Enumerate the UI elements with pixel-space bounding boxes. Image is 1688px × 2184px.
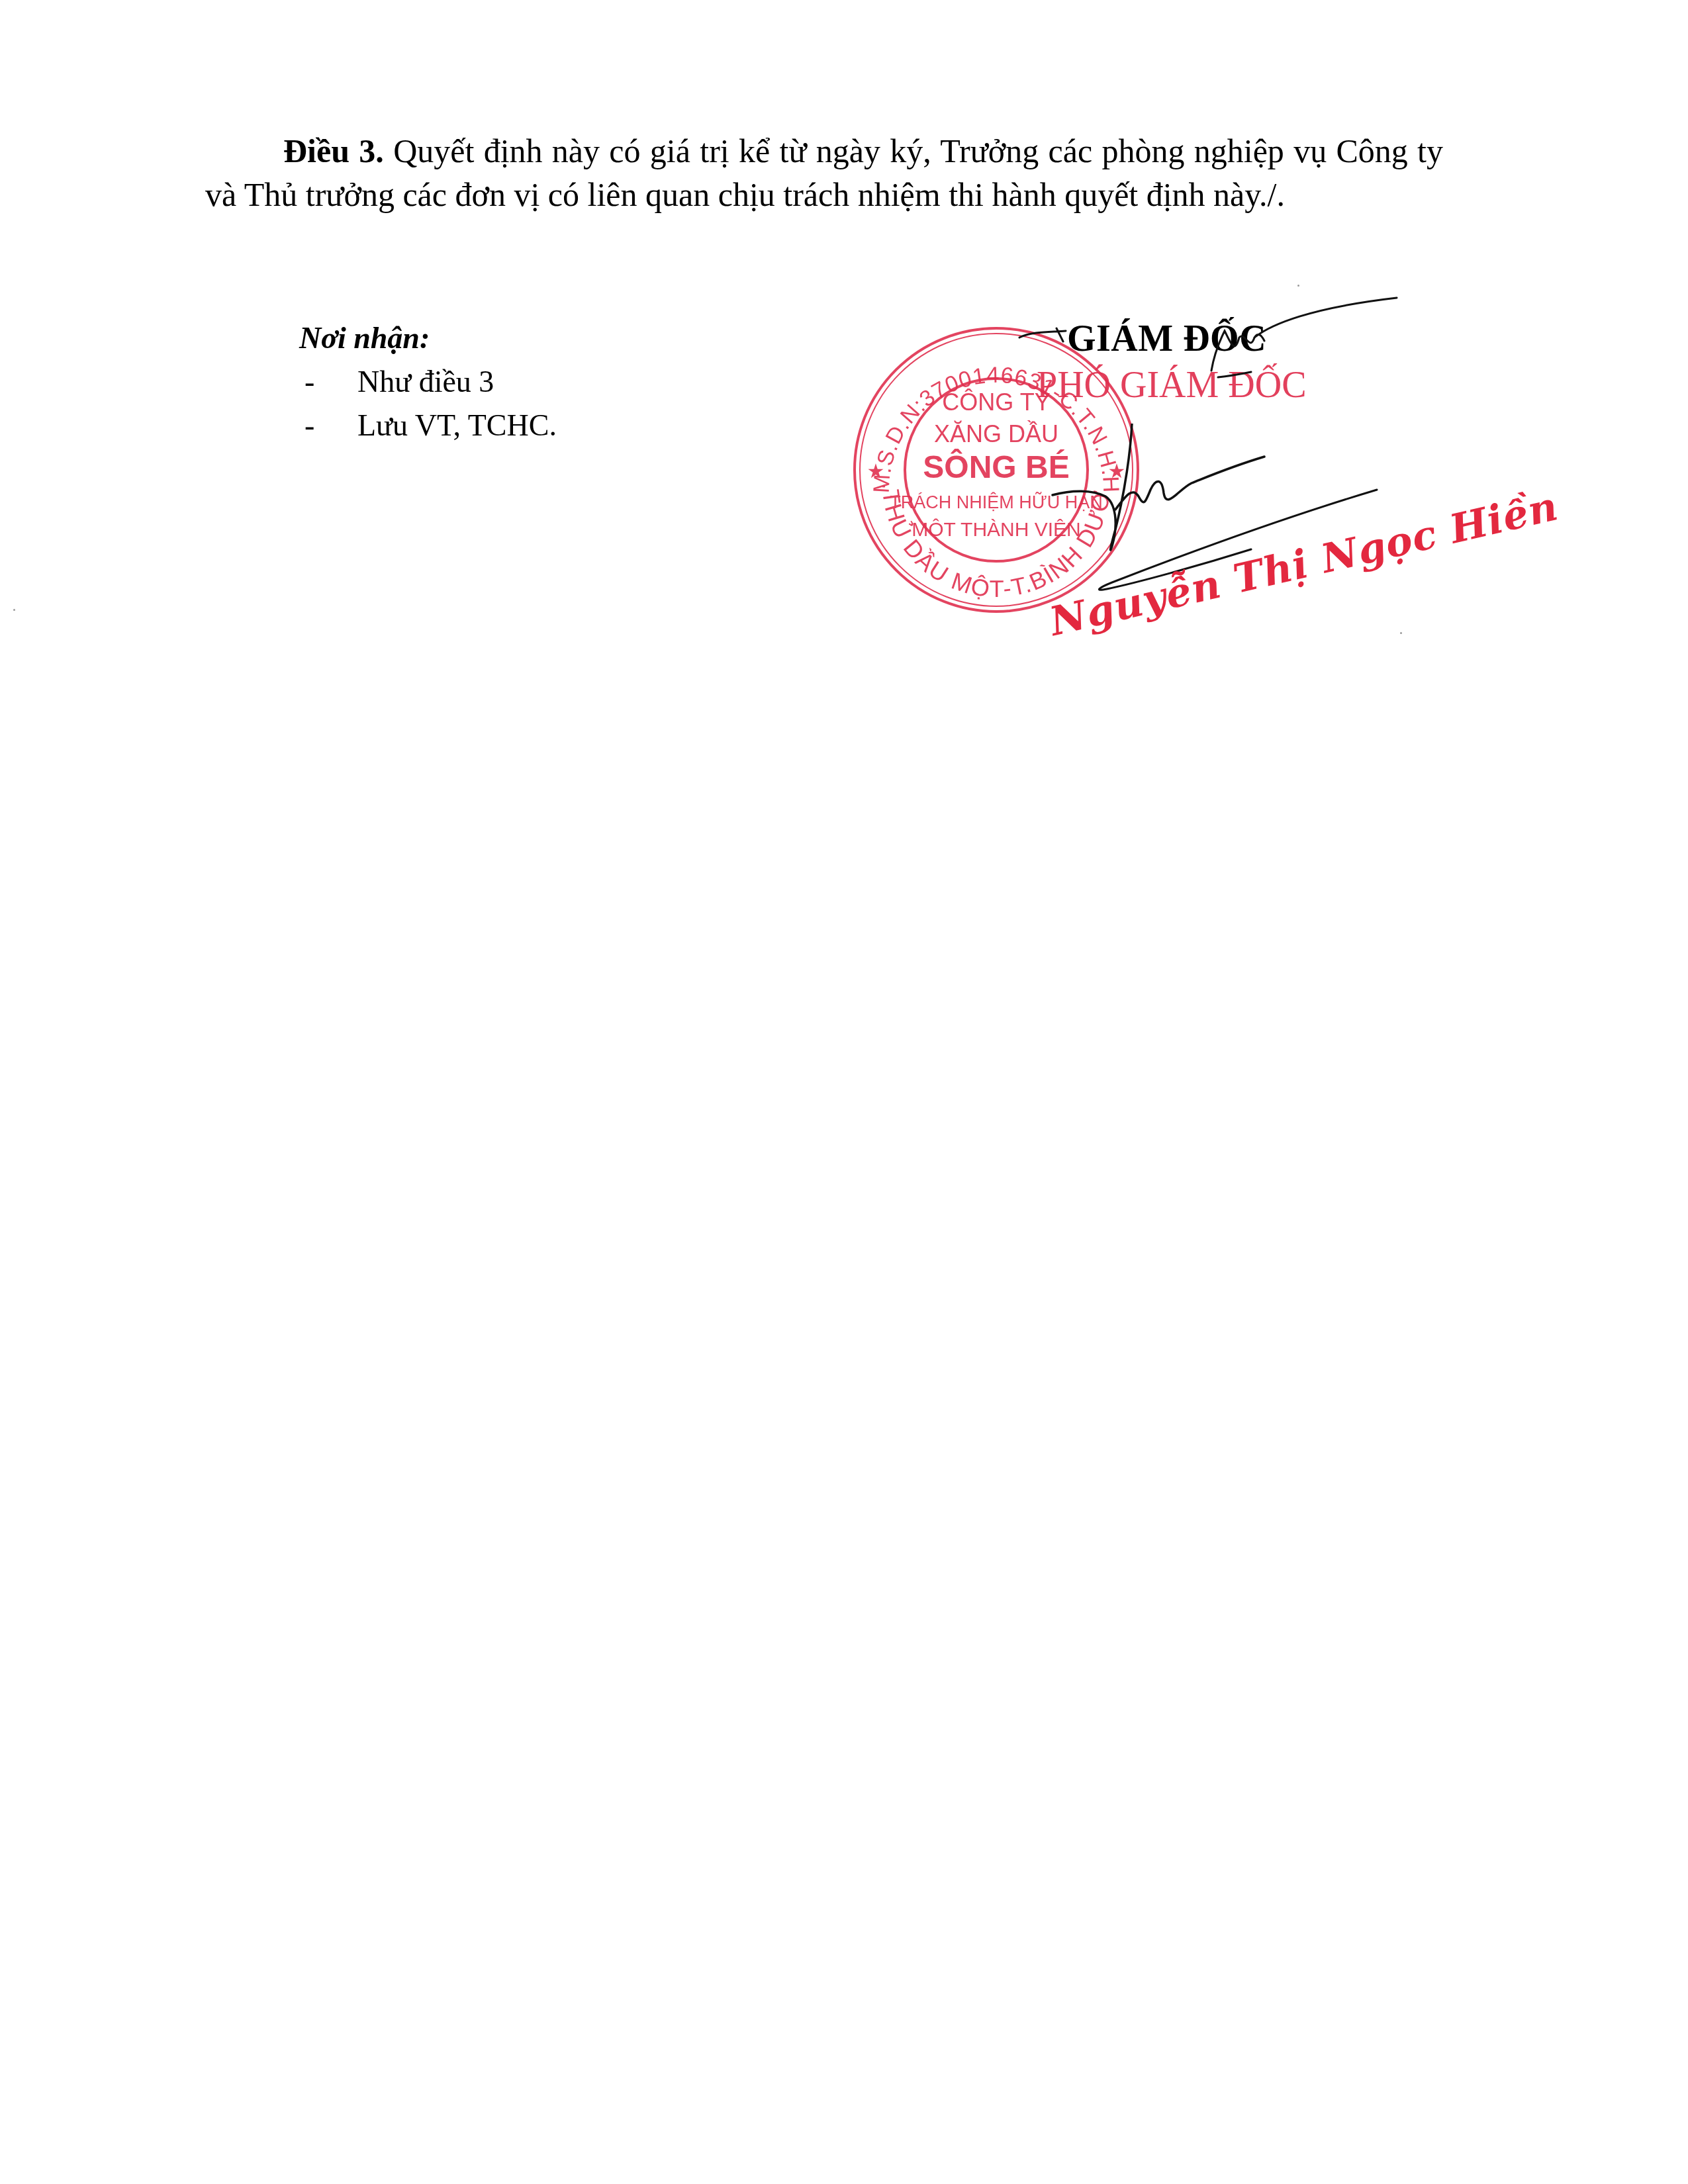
scan-speck bbox=[1297, 285, 1299, 287]
bullet-dash: - bbox=[299, 360, 357, 404]
initials-scribble-icon bbox=[993, 291, 1403, 397]
article-label: Điều 3. bbox=[283, 132, 384, 169]
star-icon: ★ bbox=[867, 461, 885, 482]
article-3-paragraph: Điều 3. Quyết định này có giá trị kể từ … bbox=[205, 129, 1443, 216]
article-text: Quyết định này có giá trị kể từ ngày ký,… bbox=[205, 132, 1443, 213]
recipients-section: Nơi nhận: - Như điều 3 - Lưu VT, TCHC. bbox=[299, 316, 557, 447]
scan-speck bbox=[13, 609, 15, 611]
recipient-item: - Như điều 3 bbox=[299, 360, 557, 404]
recipient-text: Như điều 3 bbox=[357, 360, 494, 404]
recipients-title: Nơi nhận: bbox=[299, 316, 557, 360]
bullet-dash: - bbox=[299, 404, 357, 447]
document-page: Điều 3. Quyết định này có giá trị kể từ … bbox=[0, 0, 1688, 2184]
recipient-text: Lưu VT, TCHC. bbox=[357, 404, 557, 447]
scan-speck bbox=[1400, 632, 1402, 634]
recipient-item: - Lưu VT, TCHC. bbox=[299, 404, 557, 447]
